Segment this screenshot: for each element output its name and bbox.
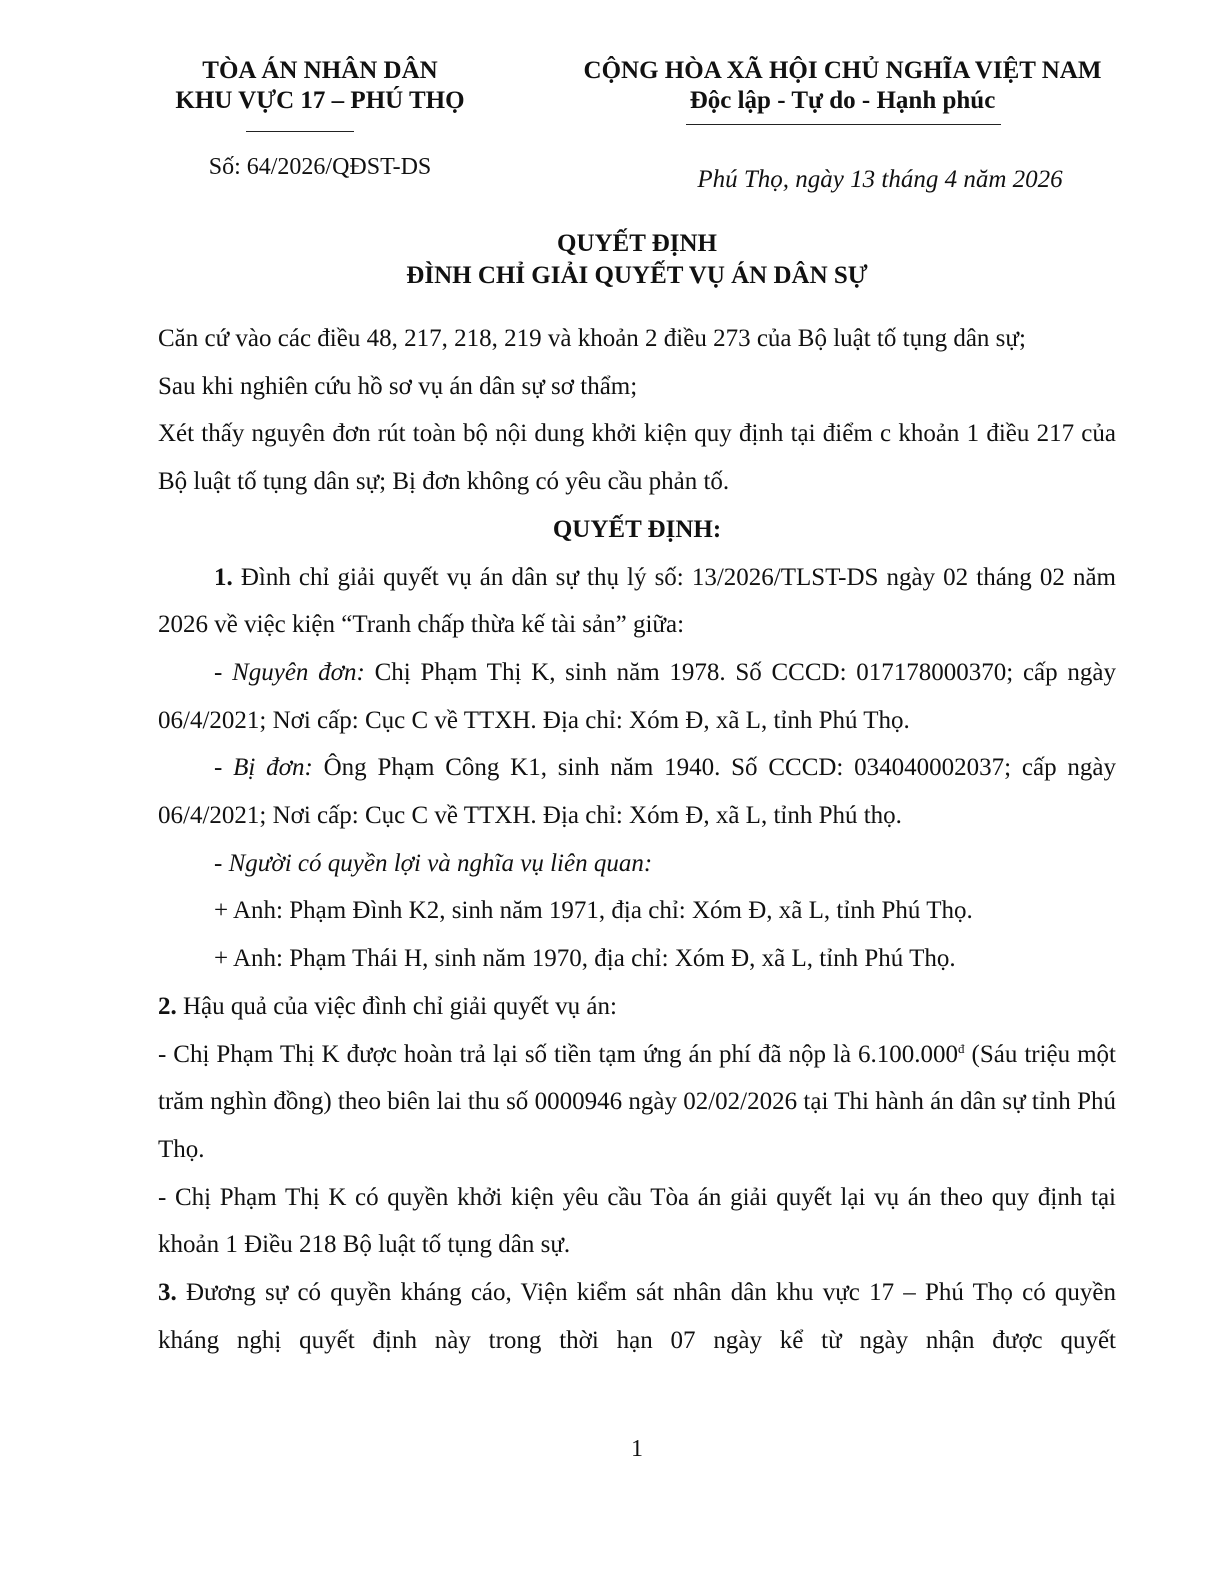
section-2-text: Hậu quả của việc đình chỉ giải quyết vụ … <box>177 993 617 1020</box>
preamble-finding: Xét thấy nguyên đơn rút toàn bộ nội dung… <box>158 410 1116 505</box>
section-2: 2. Hậu quả của việc đình chỉ giải quyết … <box>158 983 1116 1031</box>
court-name-line2: KHU VỰC 17 – PHÚ THỌ <box>130 86 510 116</box>
court-name: TÒA ÁN NHÂN DÂN KHU VỰC 17 – PHÚ THỌ <box>130 56 510 116</box>
related-person: + Anh: Phạm Thái H, sinh năm 1970, địa c… <box>158 935 1116 983</box>
motto-underline-divider <box>686 124 1001 125</box>
document-body: Căn cứ vào các điều 48, 217, 218, 219 và… <box>158 315 1116 1364</box>
section-3: 3. Đương sự có quyền kháng cáo, Viện kiể… <box>158 1269 1116 1364</box>
refund-paragraph: - Chị Phạm Thị K được hoàn trả lại số ti… <box>158 1031 1116 1174</box>
section-2-number: 2. <box>158 993 177 1020</box>
section-1-number: 1. <box>214 564 233 591</box>
court-underline-divider <box>246 131 354 132</box>
section-1: 1. Đình chỉ giải quyết vụ án dân sự thụ … <box>158 554 1116 649</box>
section-3-text: Đương sự có quyền kháng cáo, Viện kiểm s… <box>158 1279 1116 1354</box>
defendant-paragraph: - Bị đơn: Ông Phạm Công K1, sinh năm 194… <box>158 744 1116 839</box>
preamble-legal-basis: Căn cứ vào các điều 48, 217, 218, 219 và… <box>158 315 1116 363</box>
section-3-number: 3. <box>158 1279 177 1306</box>
plaintiff-label: - Nguyên đơn: <box>214 659 365 686</box>
title-line1: QUYẾT ĐỊNH <box>130 228 1144 260</box>
preamble-review: Sau khi nghiên cứu hồ sơ vụ án dân sự sơ… <box>158 363 1116 411</box>
plaintiff-paragraph: - Nguyên đơn: Chị Phạm Thị K, sinh năm 1… <box>158 649 1116 744</box>
decision-heading: QUYẾT ĐỊNH: <box>158 506 1116 554</box>
page-number: 1 <box>600 1436 674 1463</box>
national-motto: CỘNG HÒA XÃ HỘI CHỦ NGHĨA VIỆT NAM Độc l… <box>555 56 1130 116</box>
title-line2: ĐÌNH CHỈ GIẢI QUYẾT VỤ ÁN DÂN SỰ <box>130 260 1144 292</box>
defendant-label: - Bị đơn: <box>214 754 313 781</box>
motto: Độc lập - Tự do - Hạnh phúc <box>555 86 1130 116</box>
country-name: CỘNG HÒA XÃ HỘI CHỦ NGHĨA VIỆT NAM <box>555 56 1130 86</box>
document-number: Số: 64/2026/QĐST-DS <box>130 154 510 181</box>
related-person: + Anh: Phạm Đình K2, sinh năm 1971, địa … <box>158 887 1116 935</box>
section-1-text: Đình chỉ giải quyết vụ án dân sự thụ lý … <box>158 564 1116 639</box>
court-name-line1: TÒA ÁN NHÂN DÂN <box>130 56 510 86</box>
related-parties-label: - Người có quyền lợi và nghĩa vụ liên qu… <box>158 840 1116 888</box>
place-date: Phú Thọ, ngày 13 tháng 4 năm 2026 <box>640 166 1120 194</box>
document-title: QUYẾT ĐỊNH ĐÌNH CHỈ GIẢI QUYẾT VỤ ÁN DÂN… <box>130 228 1144 292</box>
refund-amount-text: - Chị Phạm Thị K được hoàn trả lại số ti… <box>158 1041 958 1068</box>
right-to-sue-paragraph: - Chị Phạm Thị K có quyền khởi kiện yêu … <box>158 1174 1116 1269</box>
